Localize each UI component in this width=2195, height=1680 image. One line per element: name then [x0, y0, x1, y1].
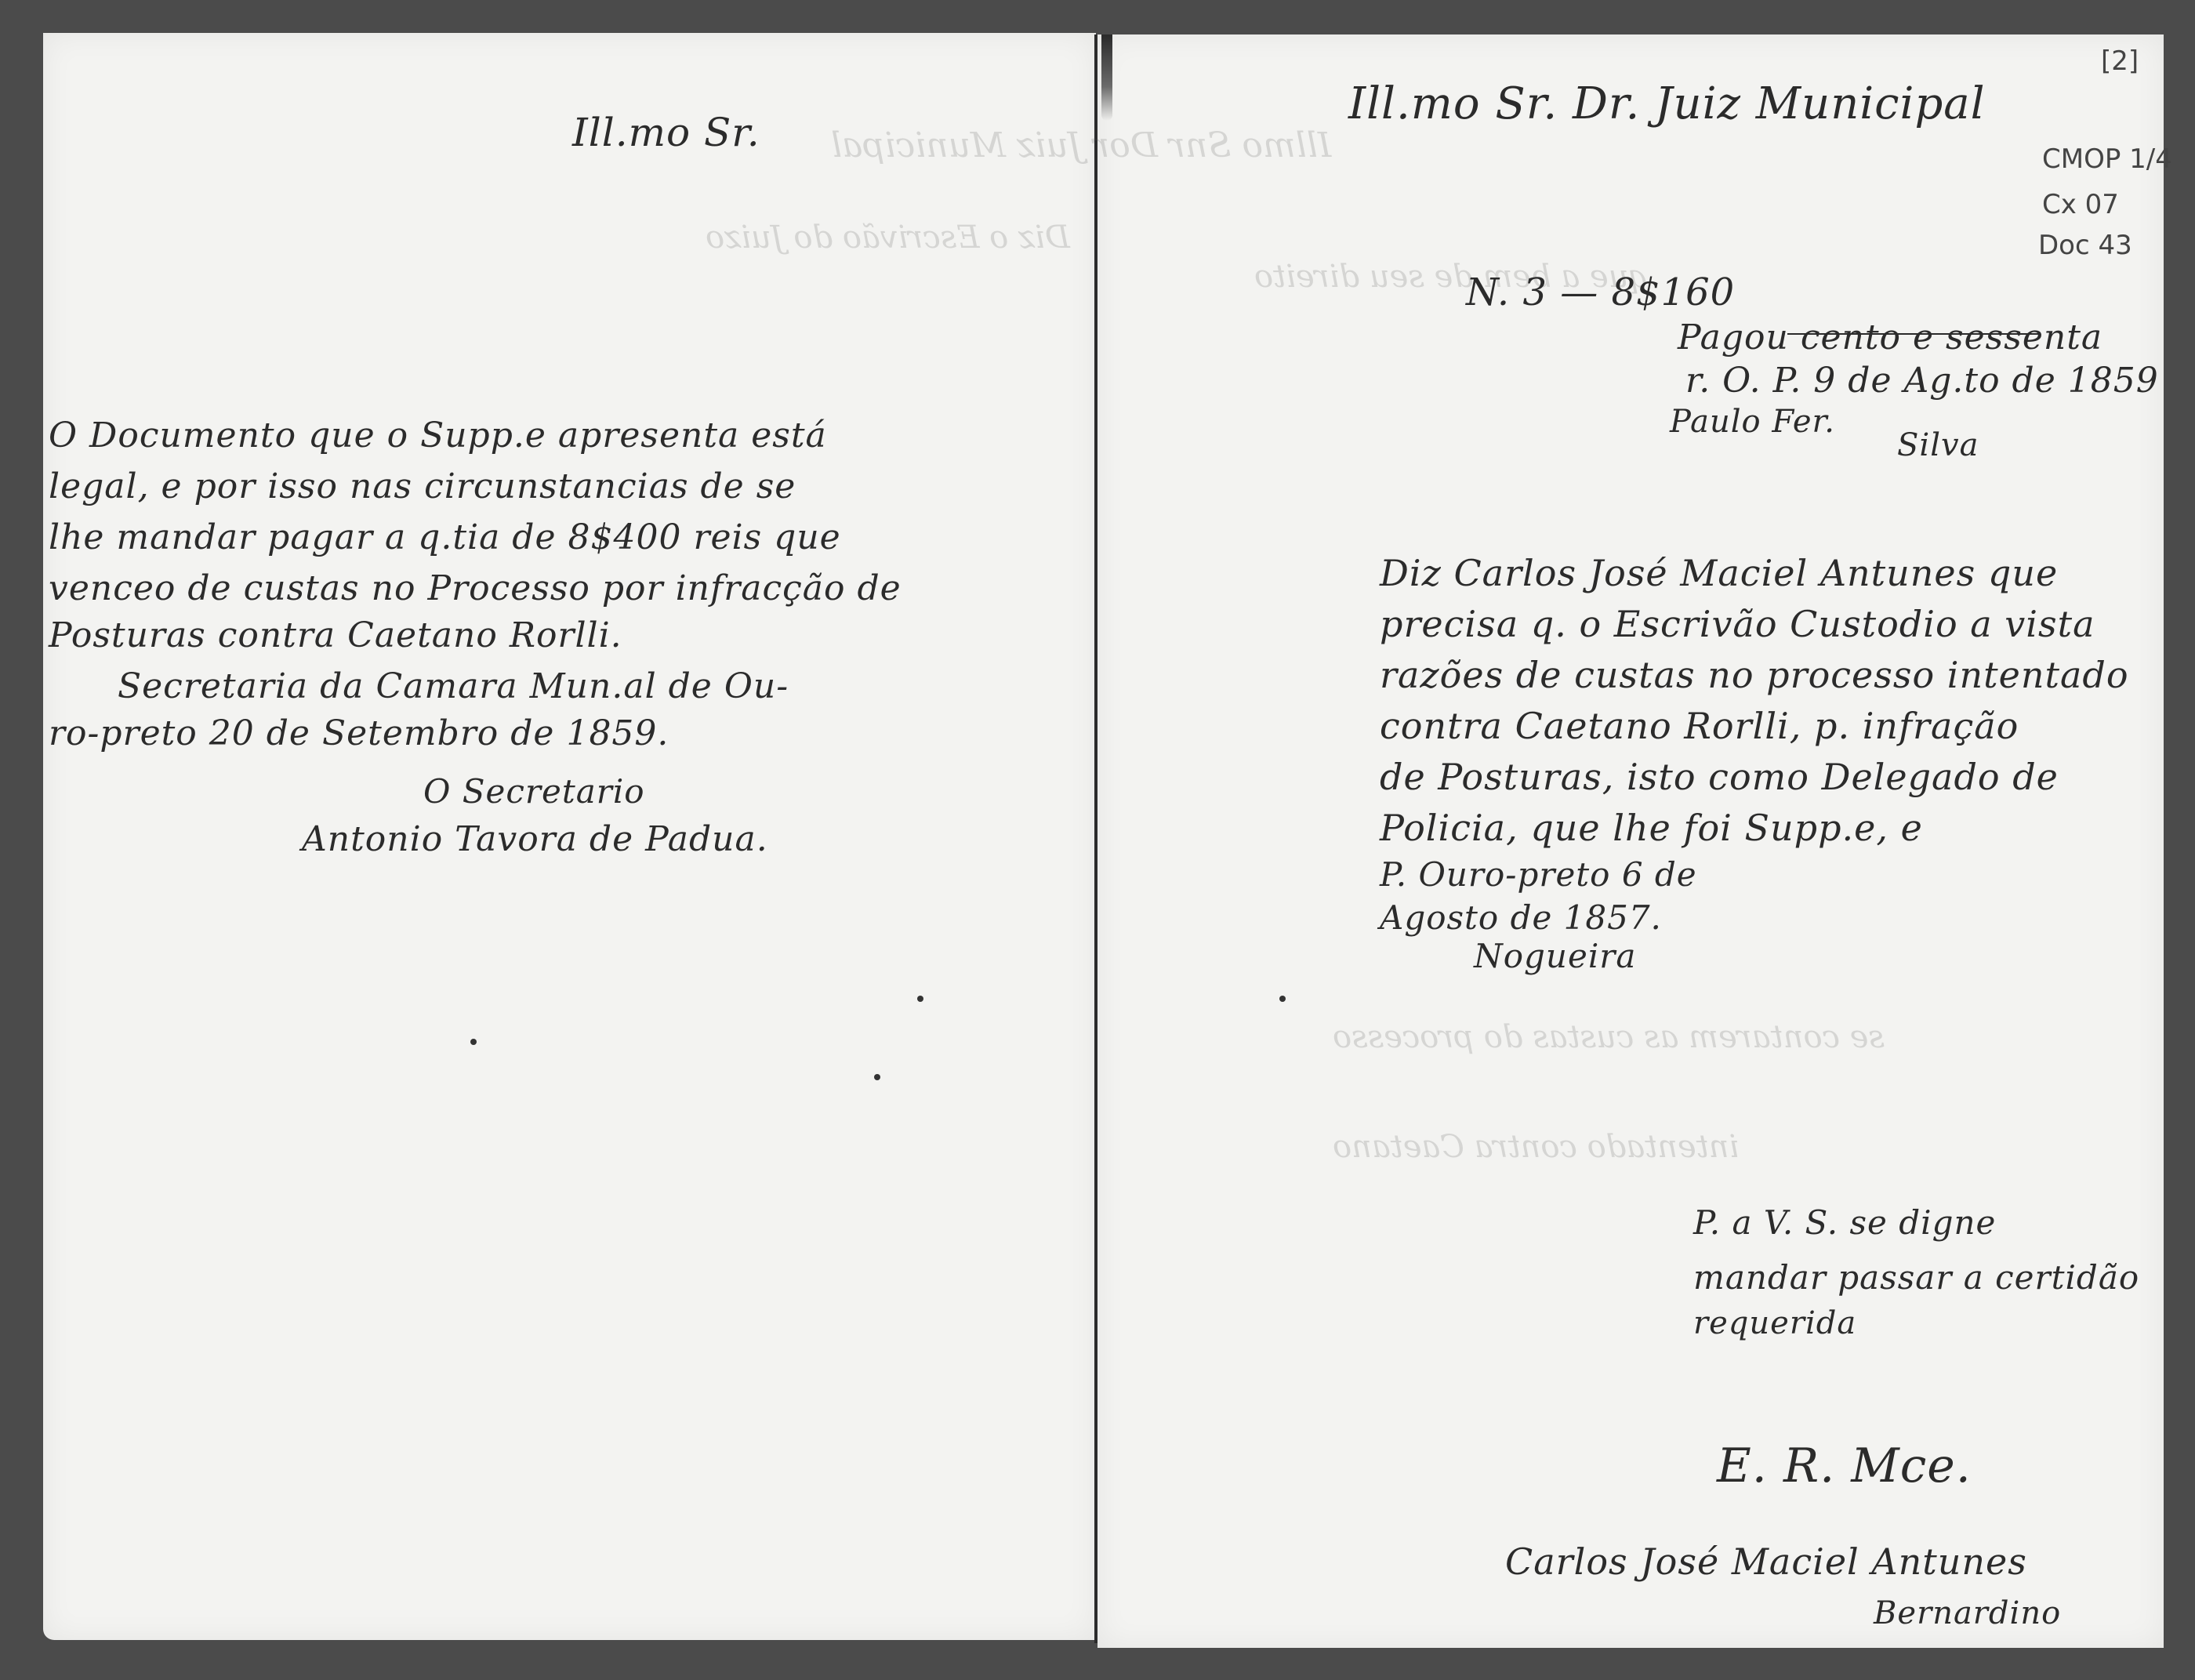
- petition-line: P. Ouro-preto 6 de: [1380, 851, 1697, 899]
- bleed-through-text: se contarem as custas do processo: [1333, 1019, 1885, 1055]
- archive-box: Cx 07: [2042, 187, 2119, 223]
- bleed-through-text: Diz o Escrivão do Juizo: [706, 220, 1070, 256]
- signature-title: O Secretario: [423, 772, 645, 811]
- payment-note-line: Pagou cento e sessenta: [1678, 317, 2102, 357]
- despacho-line: legal, e por isso nas circunstancias de …: [49, 463, 796, 511]
- archive-page-number: [2]: [2101, 43, 2139, 79]
- page-gutter: [1094, 34, 1097, 1643]
- binding-shadow: [1101, 34, 1112, 121]
- bleed-through-text: Illmo Snr Dor Juiz Municipal: [831, 125, 1331, 165]
- petition-line: contra Caetano Rorlli, p. infração: [1380, 702, 2019, 750]
- endorsement-line: P. a V. S. se digne: [1693, 1203, 1996, 1242]
- place-date-line: Secretaria da Camara Mun.al de Ou-: [118, 662, 789, 711]
- ink-spot: [917, 996, 923, 1002]
- ink-spot: [874, 1074, 880, 1080]
- payment-note-line: Paulo Fer.: [1670, 404, 1835, 440]
- despacho-line: venceo de custas no Processo por infracç…: [49, 564, 902, 613]
- reference-line: N. 3 — 8$160: [1466, 270, 1735, 314]
- petition-line: Diz Carlos José Maciel Antunes que: [1380, 549, 2058, 597]
- endorsement-line: mandar passar a certidão: [1693, 1258, 2139, 1297]
- petition-line: Policia, que lhe foi Supp.e, e: [1380, 804, 1923, 852]
- petition-line: Agosto de 1857.: [1380, 894, 1662, 942]
- underline: [1787, 333, 2038, 335]
- signature-name: Antonio Tavora de Padua.: [302, 819, 768, 859]
- payment-note-line: Silva: [1897, 427, 1979, 463]
- petition-signature: Nogueira: [1474, 937, 1636, 975]
- petition-line: precisa q. o Escrivão Custodio a vista: [1380, 600, 2095, 648]
- left-page-heading: Ill.mo Sr.: [572, 110, 760, 155]
- ink-spot: [470, 1039, 477, 1045]
- petition-line: razões de custas no processo intentado: [1380, 651, 2129, 699]
- ink-spot: [1279, 996, 1286, 1002]
- petition-line: de Posturas, isto como Delegado de: [1380, 753, 2059, 801]
- closing-formula: E. R. Mce.: [1717, 1439, 1972, 1493]
- despacho-line: O Documento que o Supp.e apresenta está: [49, 412, 827, 460]
- despacho-line: Posturas contra Caetano Rorlli.: [49, 611, 622, 660]
- place-date-line: ro-preto 20 de Setembro de 1859.: [49, 709, 669, 758]
- petitioner-name: Carlos José Maciel Antunes: [1505, 1540, 2027, 1583]
- endorsement-line: requerida: [1693, 1305, 1856, 1341]
- despacho-line: lhe mandar pagar a q.tia de 8$400 reis q…: [49, 513, 841, 562]
- archive-doc: Doc 43: [2038, 227, 2132, 263]
- bleed-through-text: intentado contra Caetano: [1333, 1129, 1739, 1165]
- petitioner-name-suffix: Bernardino: [1874, 1595, 2061, 1631]
- payment-note-line: r. O. P. 9 de Ag.to de 1859: [1685, 361, 2159, 401]
- archive-collection: CMOP 1/4: [2042, 141, 2172, 177]
- address-line: Ill.mo Sr. Dr. Juiz Municipal: [1348, 78, 1986, 129]
